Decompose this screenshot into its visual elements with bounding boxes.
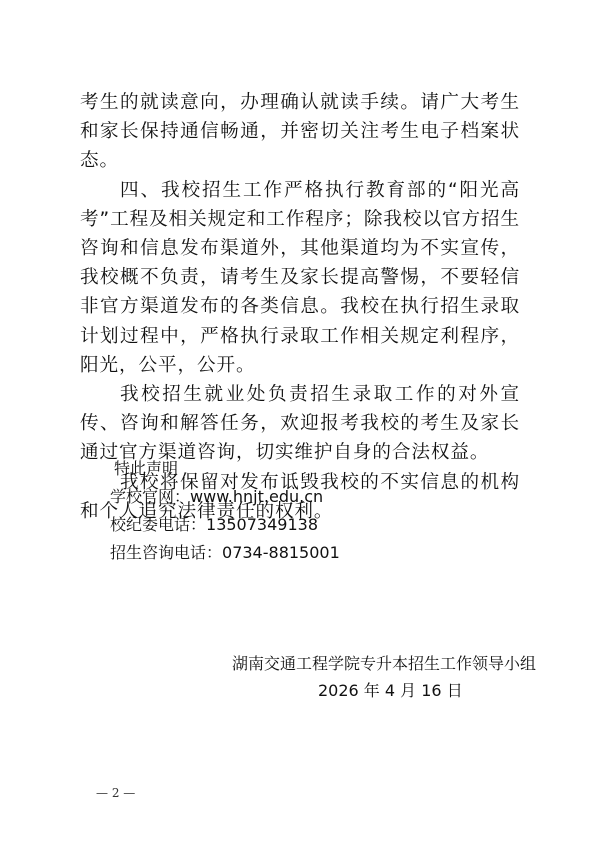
signature-organization: 湖南交通工程学院专升本招生工作领导小组 bbox=[232, 650, 536, 677]
document-page: 考生的就读意向，办理确认就读手续。请广大考生和家长保持通信畅通，并密切关注考生电… bbox=[0, 0, 600, 848]
closing-statement: 特此声明 bbox=[110, 455, 340, 483]
page-number: — 2 — bbox=[96, 786, 135, 800]
contact-admissions-phone-value: 0734-8815001 bbox=[222, 543, 340, 562]
paragraph-section-four: 四、我校招生工作严格执行教育部的“阳光高考”工程及相关规定和工作程序；除我校以官… bbox=[80, 176, 520, 380]
contact-admissions-phone: 招生咨询电话：0734-8815001 bbox=[110, 539, 340, 567]
paragraph-contact-continuation: 考生的就读意向，办理确认就读手续。请广大考生和家长保持通信畅通，并密切关注考生电… bbox=[80, 88, 520, 176]
contact-block: 特此声明 学校官网：www.hnjt.edu.cn 校纪委电话：13507349… bbox=[110, 455, 340, 567]
signature-block: 湖南交通工程学院专升本招生工作领导小组 2026 年 4 月 16 日 bbox=[232, 650, 536, 704]
contact-discipline-phone-label: 校纪委电话： bbox=[110, 515, 206, 534]
contact-discipline-phone-value: 13507349138 bbox=[206, 515, 318, 534]
contact-website: 学校官网：www.hnjt.edu.cn bbox=[110, 483, 340, 511]
contact-admissions-phone-label: 招生咨询电话： bbox=[110, 543, 222, 562]
contact-website-value: www.hnjt.edu.cn bbox=[190, 487, 323, 506]
signature-date: 2026 年 4 月 16 日 bbox=[232, 677, 536, 704]
contact-website-label: 学校官网： bbox=[110, 487, 190, 506]
contact-discipline-phone: 校纪委电话：13507349138 bbox=[110, 511, 340, 539]
